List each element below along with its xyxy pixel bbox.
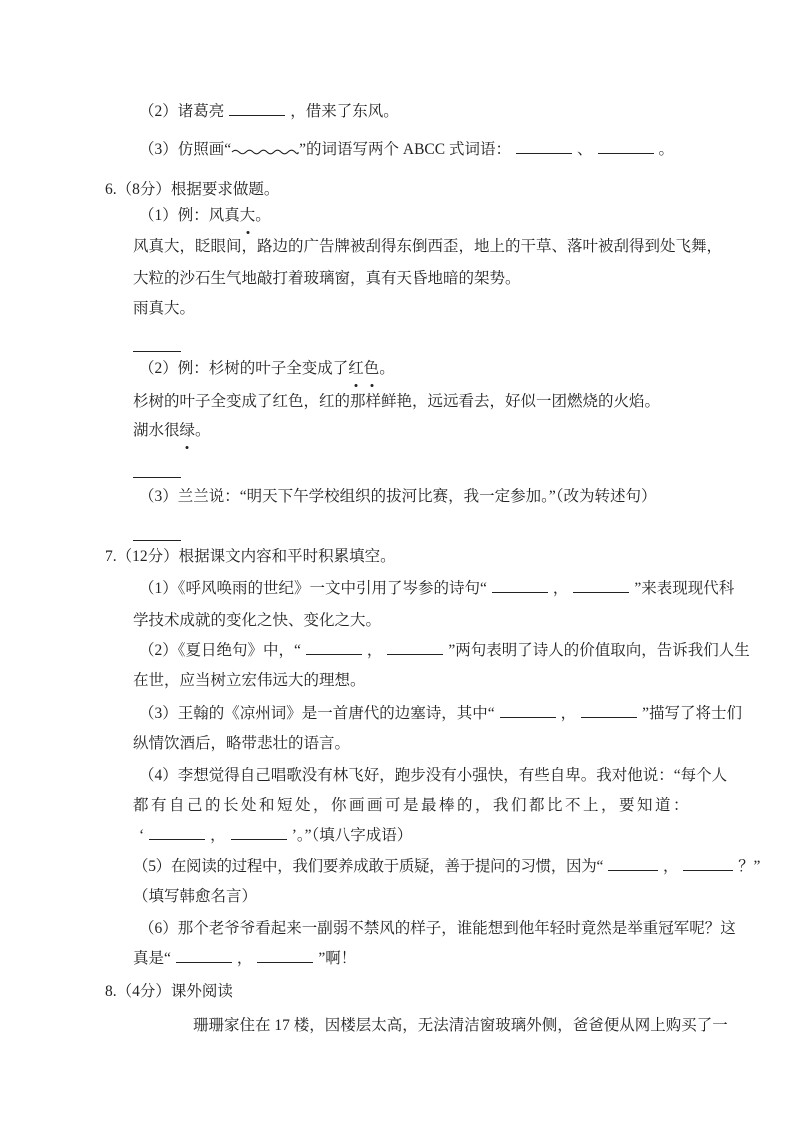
answer-blank — [598, 138, 654, 154]
emphasized-char: 绿 — [180, 415, 196, 446]
q7-item2-line: （2）《夏日绝句》中，“，”两句表明了诗人的价值取向，告诉我们人生 — [0, 635, 793, 666]
answer-blank — [492, 577, 548, 593]
q5-item3-pre: （3）仿照画“ — [139, 141, 231, 158]
q7-item1-post: ”来表现现代科 — [634, 580, 734, 597]
q5-item3-end: 。 — [659, 141, 675, 158]
comma: ， — [561, 705, 577, 722]
q7-item2-post: ”两句表明了诗人的价值取向，告诉我们人生 — [448, 642, 749, 659]
answer-blank — [133, 336, 181, 352]
q7-item6-line1-text: （6）那个老爷爷看起来一副弱不禁风的样子，谁能想到他年轻时竟然是举重冠军呢？这 — [139, 920, 736, 937]
q7-item1-cont-text: 学技术成就的变化之快、变化之大。 — [133, 612, 381, 629]
q6-item2-prompt-pre: 湖水很 — [133, 422, 180, 439]
emphasized-char: 红 — [348, 353, 364, 384]
exam-paper-page: （2）诸葛亮，借来了东风。 （3）仿照画“”的词语写两个 ABCC 式词语：、。… — [0, 0, 793, 1122]
q7-item5-pre: （5）在阅读的过程中，我们要养成敢于质疑，善于提问的习惯，因为“ — [133, 858, 603, 875]
comma: ， — [663, 858, 678, 875]
q6-item3-line: （3）兰兰说：“明天下午学校组织的拔河比赛，我一定参加。”（改为转述句） — [0, 481, 793, 512]
q7-item3-cont: 纵情饮酒后，略带悲壮的语言。 — [0, 728, 793, 759]
comma: ， — [553, 580, 569, 597]
wavy-underline-blank — [231, 138, 299, 154]
q7-item4-pre: ‘ — [139, 827, 144, 844]
answer-blank — [306, 639, 362, 655]
q7-item4-line2-text: 都有自己的长处和短处，你画画可是最棒的，我们都比不上，要知道： — [133, 797, 691, 814]
q6-item2-prompt-end: 。 — [195, 422, 211, 439]
answer-blank — [581, 702, 637, 718]
enum-mark: 、 — [577, 141, 593, 158]
q6-item2-lead: （2）例：杉树的叶子全变成了 — [139, 360, 348, 377]
answer-blank — [176, 947, 232, 963]
answer-blank — [608, 855, 658, 871]
answer-blank — [257, 947, 313, 963]
comma: ， — [210, 827, 226, 844]
emphasized-char: 大 — [240, 200, 256, 231]
comma: ， — [367, 642, 383, 659]
q6-item2-example-line: （2）例：杉树的叶子全变成了红色。 — [0, 353, 793, 384]
q7-item2-cont-text: 在世，应当树立宏伟远大的理想。 — [133, 672, 366, 689]
q7-header: 7.（12分）根据课文内容和平时积累填空。 — [0, 541, 793, 572]
q7-item6-line1: （6）那个老爷爷看起来一副弱不禁风的样子，谁能想到他年轻时竟然是举重冠军呢？这 — [0, 913, 793, 944]
q8-para-text: 珊珊家住在 17 楼，因楼层太高，无法清洁窗玻璃外侧，爸爸便从网上购买了一 — [193, 1017, 728, 1034]
q7-item2-pre: （2）《夏日绝句》中，“ — [139, 642, 301, 659]
q7-item4-line1-text: （4）李想觉得自己唱歌没有林飞好，跑步没有小强快，有些自卑。我对他说：“每个人 — [139, 767, 727, 784]
q7-item3-pre: （3）王翰的《凉州词》是一首唐代的边塞诗，其中“ — [139, 705, 495, 722]
q7-item1-cont: 学技术成就的变化之快、变化之大。 — [0, 605, 793, 636]
q7-item1-pre: （1）《呼风唤雨的世纪》一文中引用了岑参的诗句“ — [139, 580, 487, 597]
answer-blank — [229, 100, 285, 116]
q7-item4-post: ’。”（填八字成语） — [292, 827, 413, 844]
wavy-line-icon — [231, 148, 299, 156]
q6-header-text: 6.（8分）根据要求做题。 — [105, 181, 279, 198]
q8-para: 珊珊家住在 17 楼，因楼层太高，无法清洁窗玻璃外侧，爸爸便从网上购买了一 — [0, 1010, 793, 1041]
q7-item4-line1: （4）李想觉得自己唱歌没有林飞好，跑步没有小强快，有些自卑。我对他说：“每个人 — [0, 760, 793, 791]
q5-item2-line: （2）诸葛亮，借来了东风。 — [0, 96, 793, 127]
q8-header-text: 8.（4分）课外阅读 — [105, 983, 233, 1000]
q6-item1-end: 。 — [255, 207, 271, 224]
q6-item2-para-text: 杉树的叶子全变成了红色，红的那样鲜艳，远远看去，好似一团燃烧的火焰。 — [133, 393, 660, 410]
answer-blank — [133, 462, 181, 478]
q8-header: 8.（4分）课外阅读 — [0, 976, 793, 1007]
q6-item2-para: 杉树的叶子全变成了红色，红的那样鲜艳，远远看去，好似一团燃烧的火焰。 — [0, 386, 793, 417]
q5-item3-line: （3）仿照画“”的词语写两个 ABCC 式词语：、。 — [0, 134, 793, 165]
q5-item2-pre: （2）诸葛亮 — [139, 103, 224, 120]
q7-item4-line2: 都有自己的长处和短处，你画画可是最棒的，我们都比不上，要知道： — [0, 790, 793, 821]
answer-blank — [133, 525, 181, 541]
answer-blank — [516, 138, 572, 154]
answer-blank — [500, 702, 556, 718]
answer-blank — [149, 824, 205, 840]
q6-item1-lead: （1）例：风真 — [139, 207, 240, 224]
q7-item4-answer-line: ‘，’。”（填八字成语） — [0, 820, 793, 851]
answer-blank — [573, 577, 629, 593]
q7-item3-post: ”描写了将士们 — [642, 705, 742, 722]
answer-blank — [683, 855, 733, 871]
answer-blank — [231, 824, 287, 840]
q7-item3-cont-text: 纵情饮酒后，略带悲壮的语言。 — [133, 735, 350, 752]
q6-item1-para2: 大粒的沙石生气地敲打着玻璃窗，真有天昏地暗的架势。 — [0, 263, 793, 294]
q6-item1-prompt-text: 雨真大。 — [133, 300, 195, 317]
q7-item5-line: （5）在阅读的过程中，我们要养成敢于质疑，善于提问的习惯，因为“，？” — [0, 851, 793, 882]
q7-item2-cont: 在世，应当树立宏伟远大的理想。 — [0, 665, 793, 696]
q5-item2-post: ，借来了东风。 — [290, 103, 399, 120]
exam-content: （2）诸葛亮，借来了东风。 （3）仿照画“”的词语写两个 ABCC 式词语：、。… — [0, 92, 793, 1041]
q7-item6-pre: 真是“ — [133, 950, 171, 967]
q7-item1-line: （1）《呼风唤雨的世纪》一文中引用了岑参的诗句“，”来表现现代科 — [0, 573, 793, 604]
emphasized-char: 色 — [364, 353, 380, 384]
q6-item1-para1-text: 风真大，眨眼间，路边的广告牌被刮得东倒西歪，地上的干草、落叶被刮得到处飞舞， — [133, 238, 722, 255]
comma: ， — [237, 950, 253, 967]
q7-item5-note: （填写韩愈名言） — [0, 881, 793, 912]
q7-item6-answer-line: 真是“，”啊！ — [0, 943, 793, 974]
answer-blank — [387, 639, 443, 655]
q7-item6-post: ”啊！ — [318, 950, 356, 967]
q7-item5-note-text: （填写韩愈名言） — [133, 888, 257, 905]
q6-item3-text: （3）兰兰说：“明天下午学校组织的拔河比赛，我一定参加。”（改为转述句） — [139, 488, 657, 505]
q6-item2-end: 。 — [379, 360, 395, 377]
q6-item1-para1: 风真大，眨眼间，路边的广告牌被刮得东倒西歪，地上的干草、落叶被刮得到处飞舞， — [0, 231, 793, 262]
q6-item1-prompt: 雨真大。 — [0, 293, 793, 324]
q6-item2-prompt: 湖水很绿。 — [0, 415, 793, 446]
q7-header-text: 7.（12分）根据课文内容和平时积累填空。 — [105, 548, 396, 565]
q7-item5-post: ？” — [738, 858, 760, 875]
q5-item3-mid: ”的词语写两个 ABCC 式词语： — [299, 141, 511, 158]
q7-item3-line: （3）王翰的《凉州词》是一首唐代的边塞诗，其中“，”描写了将士们 — [0, 698, 793, 729]
q6-item1-para2-text: 大粒的沙石生气地敲打着玻璃窗，真有天昏地暗的架势。 — [133, 270, 521, 287]
